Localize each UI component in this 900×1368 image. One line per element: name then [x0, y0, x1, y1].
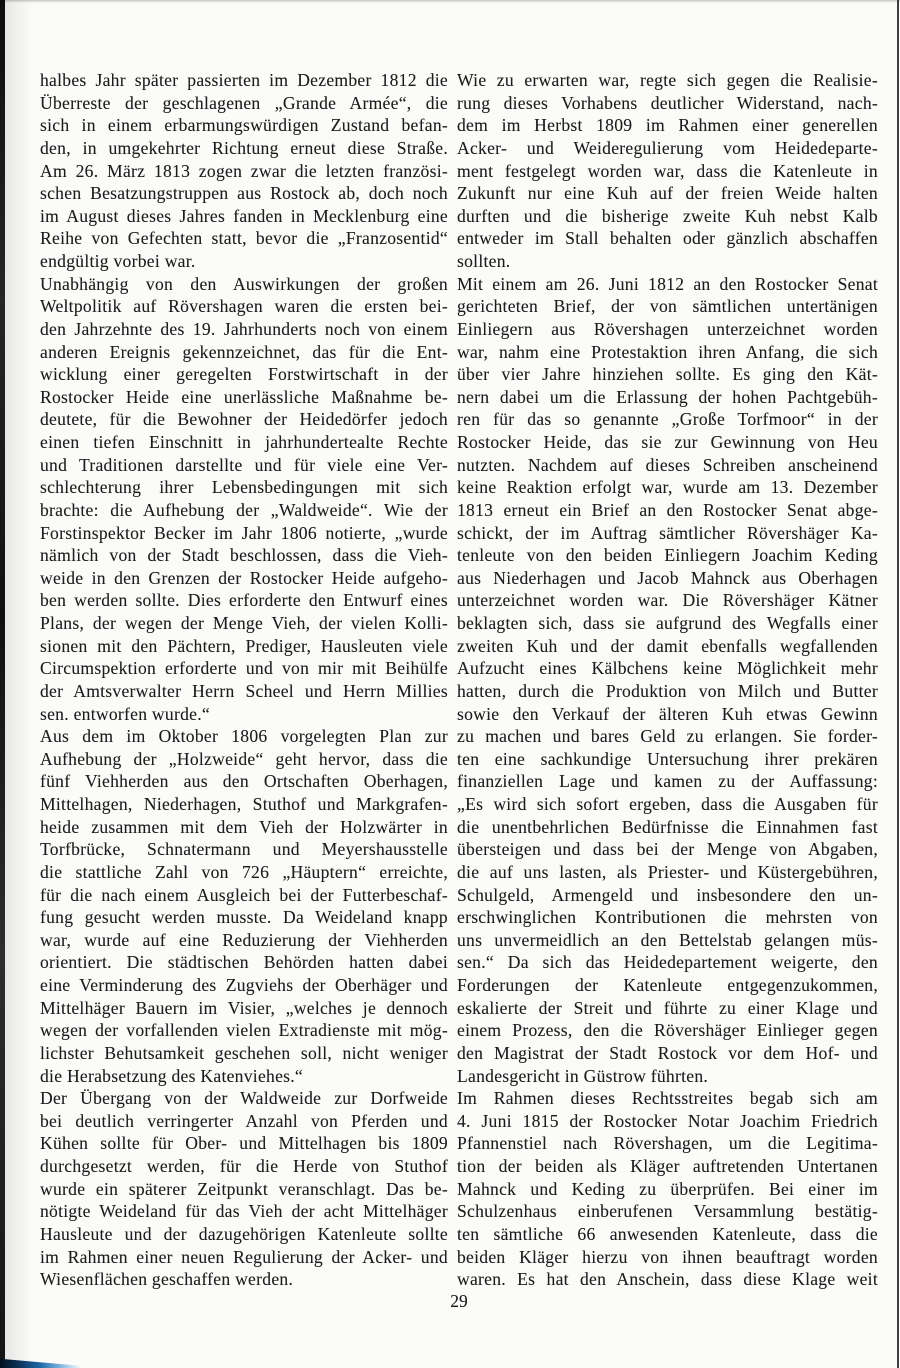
text-line: hatten, durch die Produktion von Milch u… — [457, 680, 878, 703]
paragraph: halbes Jahr später passierten im Dezembe… — [40, 69, 448, 273]
text-line: sionen mit den Pächtern, Prediger, Hausl… — [40, 635, 448, 658]
text-line: weide in den Grenzen der Rostocker Heide… — [40, 567, 448, 590]
scan-shadow-left — [5, 0, 33, 1368]
text-line: deutete, für die Bewohner der Heidedörfe… — [40, 408, 448, 431]
text-line: im August dieses Jahres fanden in Meckle… — [40, 205, 448, 228]
text-line: einem Prozess, den die Rövershäger Einli… — [457, 1019, 878, 1042]
text-line: ben werden sollte. Dies erforderte den E… — [40, 589, 448, 612]
text-line: sollten. — [457, 250, 878, 273]
text-line: Mahnck und Keding zu überprüfen. Bei ein… — [457, 1178, 878, 1201]
text-line: 1813 erneut ein Brief an den Rostocker S… — [457, 499, 878, 522]
text-line: Reihe von Gefechten statt, bevor die „Fr… — [40, 227, 448, 250]
text-line: wicklung einer geregelten Forstwirtschaf… — [40, 363, 448, 386]
text-line: sen.“ Da sich das Heidedepartement weige… — [457, 951, 878, 974]
text-line: Plans, der wegen der Menge Vieh, der vie… — [40, 612, 448, 635]
text-line: Schulzenhaus einberufenen Versammlung be… — [457, 1200, 878, 1223]
text-line: der Amtsverwalter Herrn Scheel und Herrn… — [40, 680, 448, 703]
text-line: aus Niederhagen und Jacob Mahnck aus Obe… — [457, 567, 878, 590]
text-line: den, in umgekehrter Richtung erneut dies… — [40, 137, 448, 160]
text-line: Zukunft nur eine Kuh auf der freien Weid… — [457, 182, 878, 205]
text-line: Landesgericht in Güstrow führten. — [457, 1065, 878, 1088]
text-line: Rostocker Heide eine unerlässliche Maßna… — [40, 386, 448, 409]
text-line: rung dieses Vorhabens deutlicher Widerst… — [457, 92, 878, 115]
text-line: nern dabei um die Erlassung der hohen Pa… — [457, 386, 878, 409]
text-line: Rostocker Heide, das sie zur Gewinnung v… — [457, 431, 878, 454]
text-line: die unentbehrlichen Bedürfnisse die Einn… — [457, 816, 878, 839]
text-line: fünf Viehherden aus den Ortschaften Ober… — [40, 770, 448, 793]
text-line: halbes Jahr später passierten im Dezembe… — [40, 69, 448, 92]
paragraph: Wie zu erwarten war, regte sich gegen di… — [457, 69, 878, 273]
text-line: im Rahmen einer neuen Regulierung der Ac… — [40, 1246, 448, 1269]
text-line: nötigte Weideland für das Vieh der acht … — [40, 1200, 448, 1223]
text-line: Acker- und Weideregulierung vom Heidedep… — [457, 137, 878, 160]
text-line: entweder im Stall behalten oder gänzlich… — [457, 227, 878, 250]
text-line: Pfannenstiel nach Rövershagen, um die Le… — [457, 1132, 878, 1155]
text-line: über vier Jahre hinziehen sollte. Es gin… — [457, 363, 878, 386]
scan-edge-top — [0, 0, 900, 3]
text-line: Überreste der geschlagenen „Grande Armée… — [40, 92, 448, 115]
text-line: Mit einem am 26. Juni 1812 an den Rostoc… — [457, 273, 878, 296]
text-line: nutzten. Nachdem auf dieses Schreiben an… — [457, 454, 878, 477]
text-line: wegen der vorfallenden vielen Extradiens… — [40, 1019, 448, 1042]
paragraph: Mit einem am 26. Juni 1812 an den Rostoc… — [457, 273, 878, 1088]
text-line: Unabhängig von den Auswirkungen der groß… — [40, 273, 448, 296]
text-line: Am 26. März 1813 zogen zwar die letzten … — [40, 160, 448, 183]
text-line: 4. Juni 1815 der Rostocker Notar Joachim… — [457, 1110, 878, 1133]
text-line: Torfbrücke, Schnatermann und Meyershauss… — [40, 838, 448, 861]
text-line: orientiert. Die städtischen Behörden hat… — [40, 951, 448, 974]
text-line: Schulgeld, Armengeld und insbesondere de… — [457, 884, 878, 907]
text-line: zweiten Kuh und der damit ebenfalls wegf… — [457, 635, 878, 658]
text-line: die stattliche Zahl von 726 „Häuptern“ e… — [40, 861, 448, 884]
text-line: einen tiefen Einschnitt in jahrhundertea… — [40, 431, 448, 454]
text-line: uns unvermeidlich an den Bettelstab gela… — [457, 929, 878, 952]
text-line: die Herabsetzung des Katenviehes.“ — [40, 1065, 448, 1088]
text-line: schickt, der im Auftrag sämtlicher Röver… — [457, 522, 878, 545]
text-line: Wie zu erwarten war, regte sich gegen di… — [457, 69, 878, 92]
text-line: lichster Behutsamkeit geschehen soll, ni… — [40, 1042, 448, 1065]
text-line: gerichteten Brief, der von sämtlichen un… — [457, 295, 878, 318]
text-line: brachte: die Aufhebung der „Waldweide“. … — [40, 499, 448, 522]
text-line: schen Besatzungstruppen aus Rostock ab, … — [40, 182, 448, 205]
paragraph: Aus dem im Oktober 1806 vorgelegten Plan… — [40, 725, 448, 1087]
text-line: Im Rahmen dieses Rechtsstreites begab si… — [457, 1087, 878, 1110]
text-line: tion der beiden als Kläger auftretenden … — [457, 1155, 878, 1178]
text-line: beklagten sich, dass sie aufgrund des We… — [457, 612, 878, 635]
text-line: unterzeichnet worden war. Die Rövershäge… — [457, 589, 878, 612]
column-right: Wie zu erwarten war, regte sich gegen di… — [457, 69, 878, 1291]
paragraph: Im Rahmen dieses Rechtsstreites begab si… — [457, 1087, 878, 1291]
text-line: Hausleute und der dazugehörigen Katenleu… — [40, 1223, 448, 1246]
scanned-book-page: halbes Jahr später passierten im Dezembe… — [0, 0, 900, 1368]
text-line: bei deutlich verringerter Anzahl von Pfe… — [40, 1110, 448, 1133]
text-line: Kühen sollte für Ober- und Mittelhagen b… — [40, 1132, 448, 1155]
text-line: Mittelhäger Bauern im Visier, „welches j… — [40, 997, 448, 1020]
text-line: und Traditionen darstellte und für viele… — [40, 454, 448, 477]
text-line: war, nahm eine Protestaktion ihren Anfan… — [457, 341, 878, 364]
text-line: waren. Es hat den Anschein, dass diese K… — [457, 1268, 878, 1291]
text-line: Einliegern aus Rövershagen unterzeichnet… — [457, 318, 878, 341]
text-line: ten eine sachkundige Untersuchung ihrer … — [457, 748, 878, 771]
paragraph: Unabhängig von den Auswirkungen der groß… — [40, 273, 448, 726]
text-line: finanziellen Lage und kamen zu der Auffa… — [457, 770, 878, 793]
column-left: halbes Jahr später passierten im Dezembe… — [40, 69, 448, 1291]
text-line: erschwinglichen Kontributionen die mehrs… — [457, 906, 878, 929]
page-number: 29 — [0, 1289, 900, 1313]
text-line: ten sämtliche 66 anwesenden Katenleute, … — [457, 1223, 878, 1246]
text-line: sowie den Verkauf der älteren Kuh etwas … — [457, 703, 878, 726]
text-line: ren für das so genannte „Große Torfmoor“… — [457, 408, 878, 431]
text-line: tenleute von den beiden Einliegern Joach… — [457, 544, 878, 567]
text-line: sich in einem erbarmungswürdigen Zustand… — [40, 114, 448, 137]
text-line: Forderungen der Katenleute entgegenzukom… — [457, 974, 878, 997]
text-line: anderen Ereignis gekennzeichnet, das für… — [40, 341, 448, 364]
text-line: Mittelhagen, Niederhagen, Stuthof und Ma… — [40, 793, 448, 816]
text-line: Circumspektion erforderte und von mir mi… — [40, 657, 448, 680]
text-line: Weltpolitik auf Rövershagen waren die er… — [40, 295, 448, 318]
paragraph: Der Übergang von der Waldweide zur Dorfw… — [40, 1087, 448, 1291]
text-line: schlechterung ihrer Lebensbedingungen mi… — [40, 476, 448, 499]
text-line: übersteigen und dass bei der Menge von A… — [457, 838, 878, 861]
text-line: heide zusammen mit dem Vieh der Holzwärt… — [40, 816, 448, 839]
text-line: eskalierte der Streit und führte zu eine… — [457, 997, 878, 1020]
text-line: keine Reaktion erfolgt war, wurde am 13.… — [457, 476, 878, 499]
text-line: Aus dem im Oktober 1806 vorgelegten Plan… — [40, 725, 448, 748]
text-line: „Es wird sich sofort ergeben, dass die A… — [457, 793, 878, 816]
text-line: für die nach einem Ausgleich bei der Fut… — [40, 884, 448, 907]
text-line: ment festgelegt worden war, dass die Kat… — [457, 160, 878, 183]
text-line: eine Verminderung des Zugviehs der Oberh… — [40, 974, 448, 997]
text-line: Aufzucht eines Kälbchens keine Möglichke… — [457, 657, 878, 680]
text-line: wurde ein späterer Zeitpunkt veranschlag… — [40, 1178, 448, 1201]
text-line: durften und die bisherige zweite Kuh neb… — [457, 205, 878, 228]
text-line: zu machen und bares Geld zu erlangen. Si… — [457, 725, 878, 748]
text-line: sen. entworfen wurde.“ — [40, 703, 448, 726]
text-line: Aufhebung der „Holzweide“ geht hervor, d… — [40, 748, 448, 771]
text-line: nämlich von der Stadt beschlossen, dass … — [40, 544, 448, 567]
text-line: fung gesucht werden musste. Da Weideland… — [40, 906, 448, 929]
scan-edge-right — [897, 0, 899, 1368]
text-line: beiden Kläger hierzu von ihnen beauftrag… — [457, 1246, 878, 1269]
text-line: durchgesetzt werden, für die Herde von S… — [40, 1155, 448, 1178]
text-line: Wiesenflächen geschaffen werden. — [40, 1268, 448, 1291]
text-line: dem im Herbst 1809 im Rahmen einer gener… — [457, 114, 878, 137]
text-line: die auf uns lasten, als Priester- und Kü… — [457, 861, 878, 884]
text-line: den Jahrzehnte des 19. Jahrhunderts noch… — [40, 318, 448, 341]
text-line: war, wurde auf eine Reduzierung der Vieh… — [40, 929, 448, 952]
text-line: endgültig vorbei war. — [40, 250, 448, 273]
text-line: Forstinspektor Becker im Jahr 1806 notie… — [40, 522, 448, 545]
text-line: Der Übergang von der Waldweide zur Dorfw… — [40, 1087, 448, 1110]
text-line: den Magistrat der Stadt Rostock vor dem … — [457, 1042, 878, 1065]
